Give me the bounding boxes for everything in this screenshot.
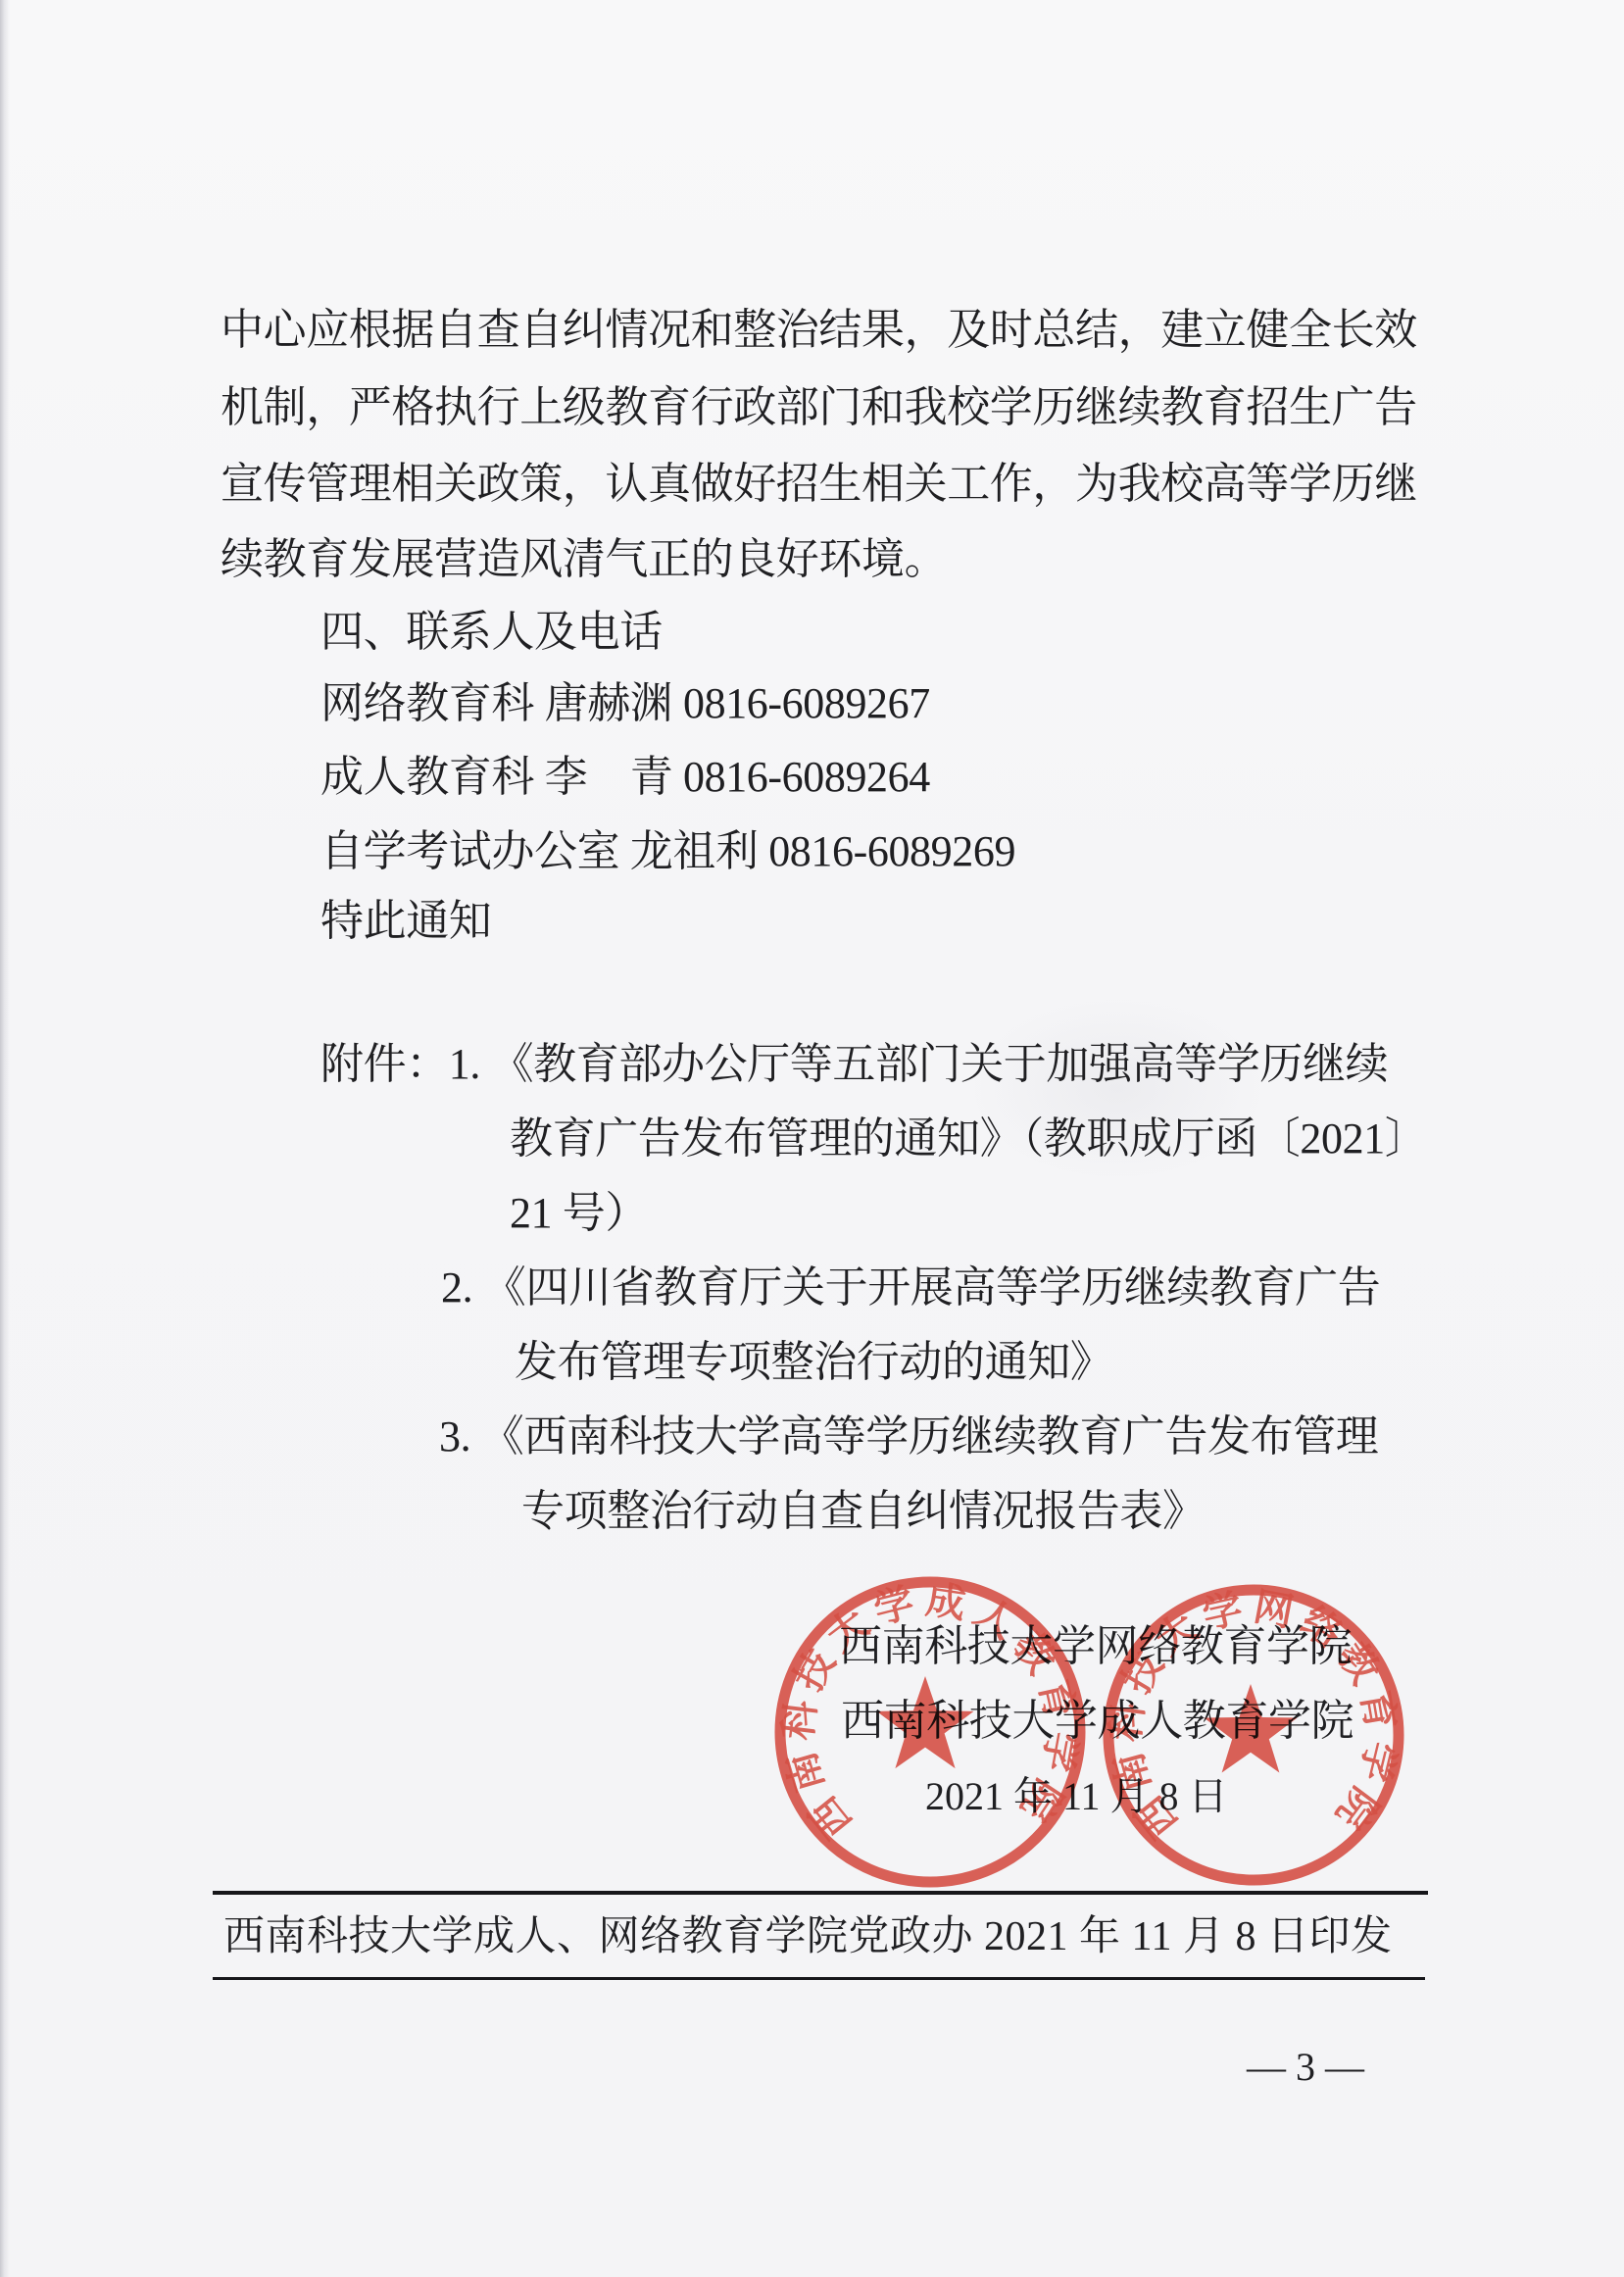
- official-seal-adult-education: 西南科技大学成人教育学院: [768, 1570, 1092, 1894]
- footer-issuer-line: 西南科技大学成人、网络教育学院党政办 2021 年 11 月 8 日印发: [223, 1915, 1392, 1958]
- seal-star-icon: [877, 1676, 974, 1768]
- attachment-line: 21 号）: [510, 1191, 648, 1236]
- footer-rule-bottom: [213, 1977, 1425, 1980]
- closing-notice: 特此通知: [320, 899, 491, 944]
- attachment-line: 教育广告发布管理的通知》（教职成厅函〔2021〕: [510, 1116, 1427, 1162]
- page-number: — 3 —: [1247, 2047, 1364, 2088]
- attachment-line: 3. 《西南科技大学高等学历继续教育广告发布管理: [439, 1414, 1378, 1460]
- paragraph-line: 中心应根据自查自纠情况和整治结果，及时总结，建立健全长效: [221, 308, 1417, 353]
- contact-line: 成人教育科 李 青 0816-6089264: [320, 755, 930, 800]
- scanned-document-page: 中心应根据自查自纠情况和整治结果，及时总结，建立健全长效 机制，严格执行上级教育…: [0, 0, 1624, 2277]
- attachment-line: 专项整治行动自查自纠情况报告表》: [521, 1489, 1206, 1534]
- scan-artifact: [911, 961, 1323, 1215]
- paragraph-line: 机制，严格执行上级教育行政部门和我校学历继续教育招生广告: [221, 385, 1417, 430]
- section-heading: 四、联系人及电话: [320, 610, 663, 655]
- attachment-line: 2. 《四川省教育厅关于开展高等学历继续教育广告: [441, 1265, 1380, 1311]
- seal-star-icon: [1204, 1684, 1297, 1773]
- attachment-line: 发布管理专项整治行动的通知》: [515, 1340, 1112, 1385]
- scan-edge-shadow: [0, 0, 10, 2277]
- footer-rule-top: [213, 1891, 1428, 1895]
- attachment-line: 附件：1. 《教育部办公厅等五部门关于加强高等学历继续: [320, 1042, 1388, 1087]
- paragraph-line: 续教育发展营造风清气正的良好环境。: [221, 537, 947, 582]
- contact-line: 自学考试办公室 龙祖利 0816-6089269: [320, 829, 1015, 874]
- contact-line: 网络教育科 唐赫渊 0816-6089267: [320, 681, 930, 726]
- official-seal-network-college: 西南科技大学网络教育学院: [1097, 1578, 1410, 1892]
- paragraph-line: 宣传管理相关政策，认真做好招生相关工作，为我校高等学历继: [221, 462, 1417, 507]
